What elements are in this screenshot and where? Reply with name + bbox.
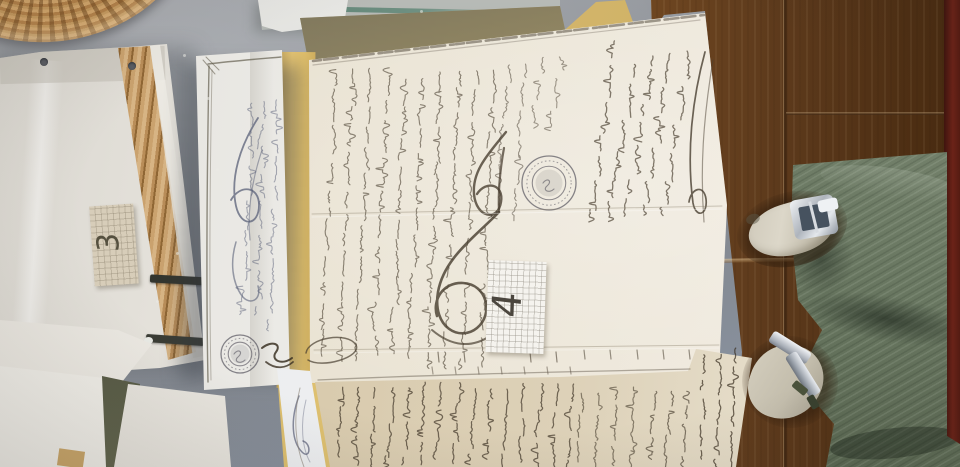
note-4-numeral: 4 — [487, 290, 528, 320]
leg-fold-shadow — [829, 421, 960, 464]
punch-hole-1 — [40, 58, 48, 66]
grid-note-3: 3 — [89, 204, 138, 287]
plastic-sheen — [10, 59, 65, 361]
dust-speck — [156, 300, 159, 303]
dust-speck — [588, 28, 591, 31]
dust-speck — [420, 10, 423, 13]
photo-scene: 3 4 — [0, 0, 960, 467]
dust-speck — [183, 54, 186, 57]
plank-seam-horizontal-1 — [786, 112, 960, 115]
leg-highlight — [819, 158, 960, 207]
dust-speck — [216, 168, 219, 171]
grid-note-4: 4 — [485, 260, 546, 354]
dust-speck — [176, 252, 179, 255]
dust-speck — [207, 97, 210, 100]
note-3-numeral: 3 — [94, 233, 125, 253]
tan-paper-strip — [57, 448, 85, 467]
punch-hole-2 — [128, 62, 136, 70]
